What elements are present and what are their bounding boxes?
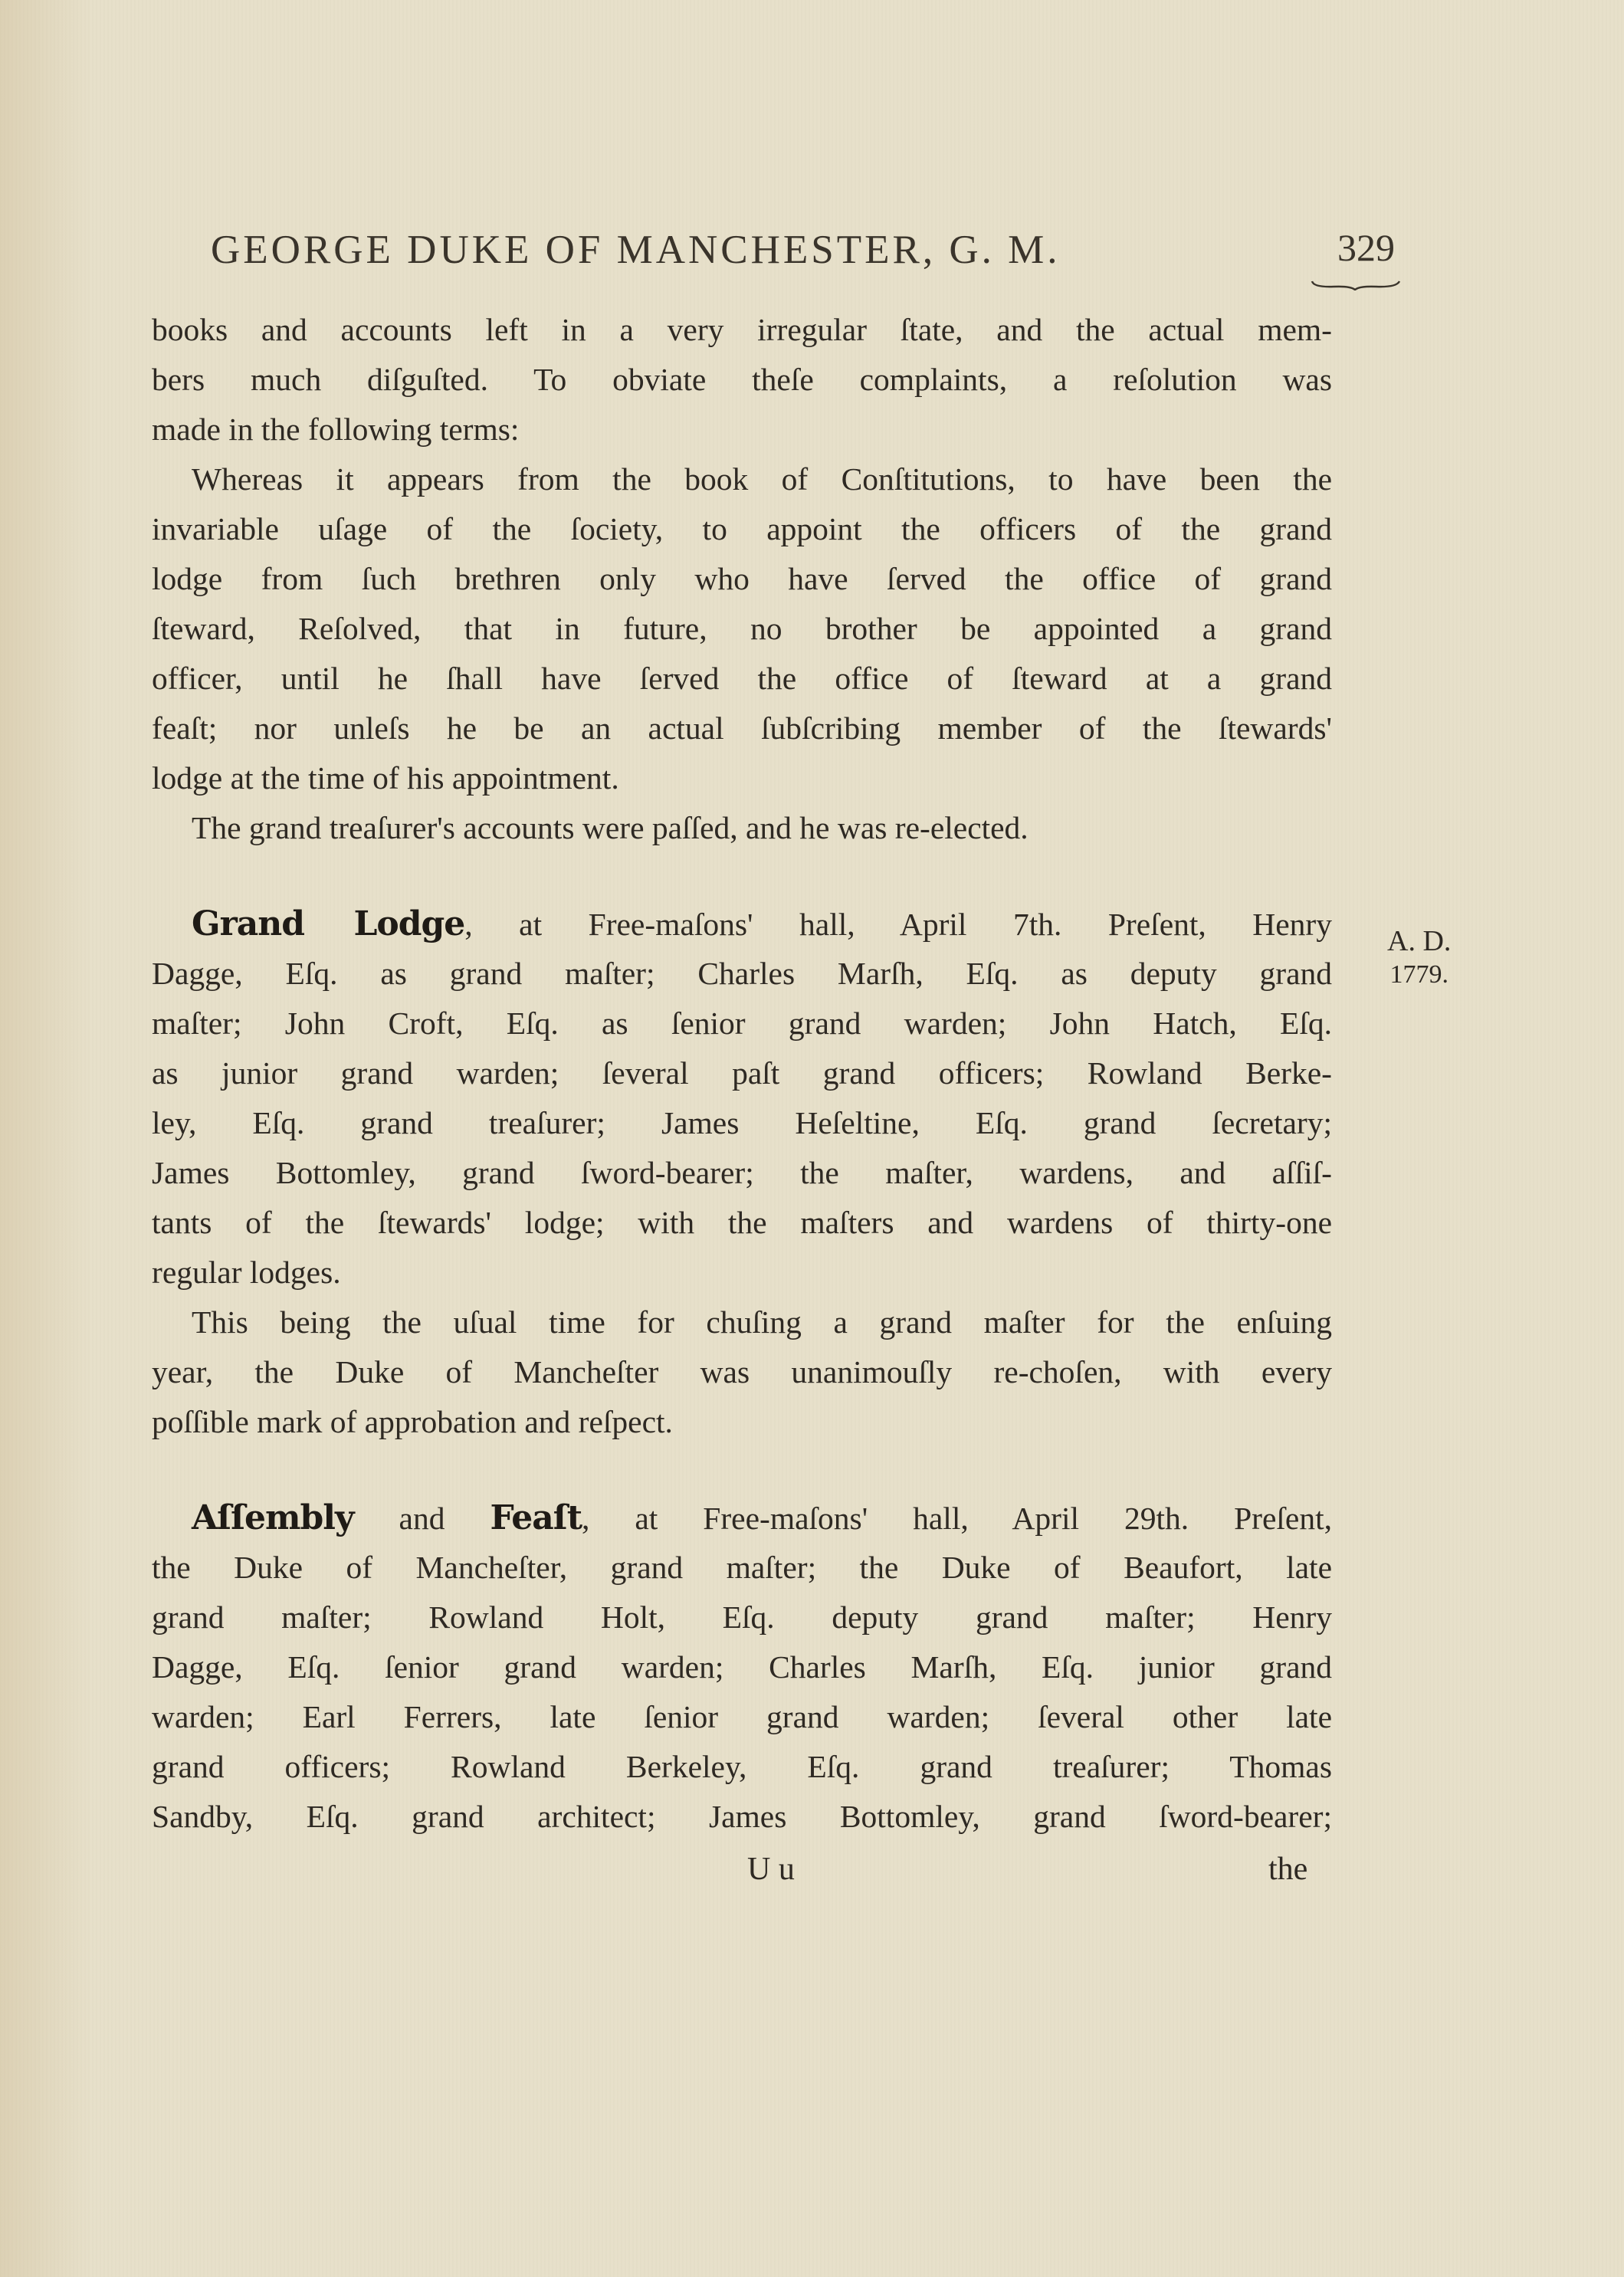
- text-line: grand maſter; Rowland Holt, Eſq. deputy …: [152, 1593, 1332, 1642]
- paragraph-treasurer: The grand treaſurer's accounts were paſſ…: [152, 803, 1332, 853]
- text-line: grand officers; Rowland Berkeley, Eſq. g…: [152, 1742, 1332, 1792]
- text-line: ſteward, Reſolved, that in future, no br…: [152, 604, 1332, 654]
- text-line: bers much diſguſted. To obviate theſe co…: [152, 355, 1332, 405]
- section-gap: [152, 853, 1332, 899]
- signature-mark: U u: [747, 1851, 795, 1888]
- text-line: poſſible mark of approbation and reſpect…: [152, 1397, 1332, 1447]
- paragraph-election: This being the uſual time for chuſing a …: [152, 1298, 1332, 1447]
- paragraph-grand-lodge: Grand Lodge, at Free-maſons' hall, April…: [152, 899, 1332, 1298]
- paragraph-resolution-intro: books and accounts left in a very irregu…: [152, 305, 1332, 454]
- text-line: ley, Eſq. grand treaſurer; James Heſelti…: [152, 1098, 1332, 1148]
- section-gap: [152, 1447, 1332, 1493]
- text-line: books and accounts left in a very irregu…: [152, 305, 1332, 355]
- margin-note-date: A. D. 1779.: [1387, 924, 1451, 992]
- body-text: books and accounts left in a very irregu…: [152, 305, 1332, 1842]
- section-heading-feast: Feaſt: [490, 1498, 582, 1537]
- text-line: Dagge, Eſq. ſenior grand warden; Charles…: [152, 1642, 1332, 1692]
- text-line: lodge from ſuch brethren only who have ſ…: [152, 554, 1332, 604]
- text-fragment: , at Free-maſons' hall, April 7th. Preſe…: [464, 907, 1332, 942]
- text-line: maſter; John Croft, Eſq. as ſenior grand…: [152, 999, 1332, 1048]
- text-line: invariable uſage of the ſociety, to appo…: [152, 504, 1332, 554]
- text-line: Whereas it appears from the book of Conſ…: [152, 454, 1332, 504]
- text-line: as junior grand warden; ſeveral paſt gra…: [152, 1048, 1332, 1098]
- margin-note-label: A. D.: [1387, 924, 1451, 958]
- paragraph-resolution: Whereas it appears from the book of Conſ…: [152, 454, 1332, 803]
- text-line: feaſt; nor unleſs he be an actual ſubſcr…: [152, 704, 1332, 753]
- text-line: Grand Lodge, at Free-maſons' hall, April…: [152, 899, 1332, 949]
- text-line: This being the uſual time for chuſing a …: [152, 1298, 1332, 1347]
- text-line: tants of the ſtewards' lodge; with the m…: [152, 1198, 1332, 1248]
- text-line: Dagge, Eſq. as grand maſter; Charles Mar…: [152, 949, 1332, 999]
- paragraph-assembly-feast: Aſſembly and Feaſt, at Free-maſons' hall…: [152, 1493, 1332, 1842]
- text-line: warden; Earl Ferrers, late ſenior grand …: [152, 1692, 1332, 1742]
- text-line: James Bottomley, grand ſword-bearer; the…: [152, 1148, 1332, 1198]
- page-number: 329: [1337, 225, 1395, 270]
- brace-ornament-icon: [1311, 280, 1401, 290]
- running-head: GEORGE DUKE OF MANCHESTER, G. M.: [211, 227, 1253, 273]
- margin-note-year: 1779.: [1387, 958, 1451, 992]
- text-line: year, the Duke of Mancheſter was unanimo…: [152, 1347, 1332, 1397]
- catchword: the: [1268, 1851, 1307, 1888]
- book-page: GEORGE DUKE OF MANCHESTER, G. M. 329 boo…: [0, 0, 1624, 2277]
- text-line: regular lodges.: [152, 1248, 1332, 1298]
- text-line: Aſſembly and Feaſt, at Free-maſons' hall…: [152, 1493, 1332, 1543]
- text-fragment: , at Free-maſons' hall, April 29th. Preſ…: [582, 1501, 1332, 1536]
- section-heading-grand-lodge: Grand Lodge: [192, 904, 464, 943]
- section-heading-assembly: Aſſembly: [192, 1498, 354, 1537]
- text-line: lodge at the time of his appointment.: [152, 753, 1332, 803]
- text-line: The grand treaſurer's accounts were paſſ…: [152, 803, 1332, 853]
- text-line: the Duke of Mancheſter, grand maſter; th…: [152, 1543, 1332, 1593]
- text-line: Sandby, Eſq. grand architect; James Bott…: [152, 1792, 1332, 1842]
- text-line: officer, until he ſhall have ſerved the …: [152, 654, 1332, 704]
- text-line: made in the following terms:: [152, 405, 1332, 454]
- text-fragment: and: [354, 1501, 490, 1536]
